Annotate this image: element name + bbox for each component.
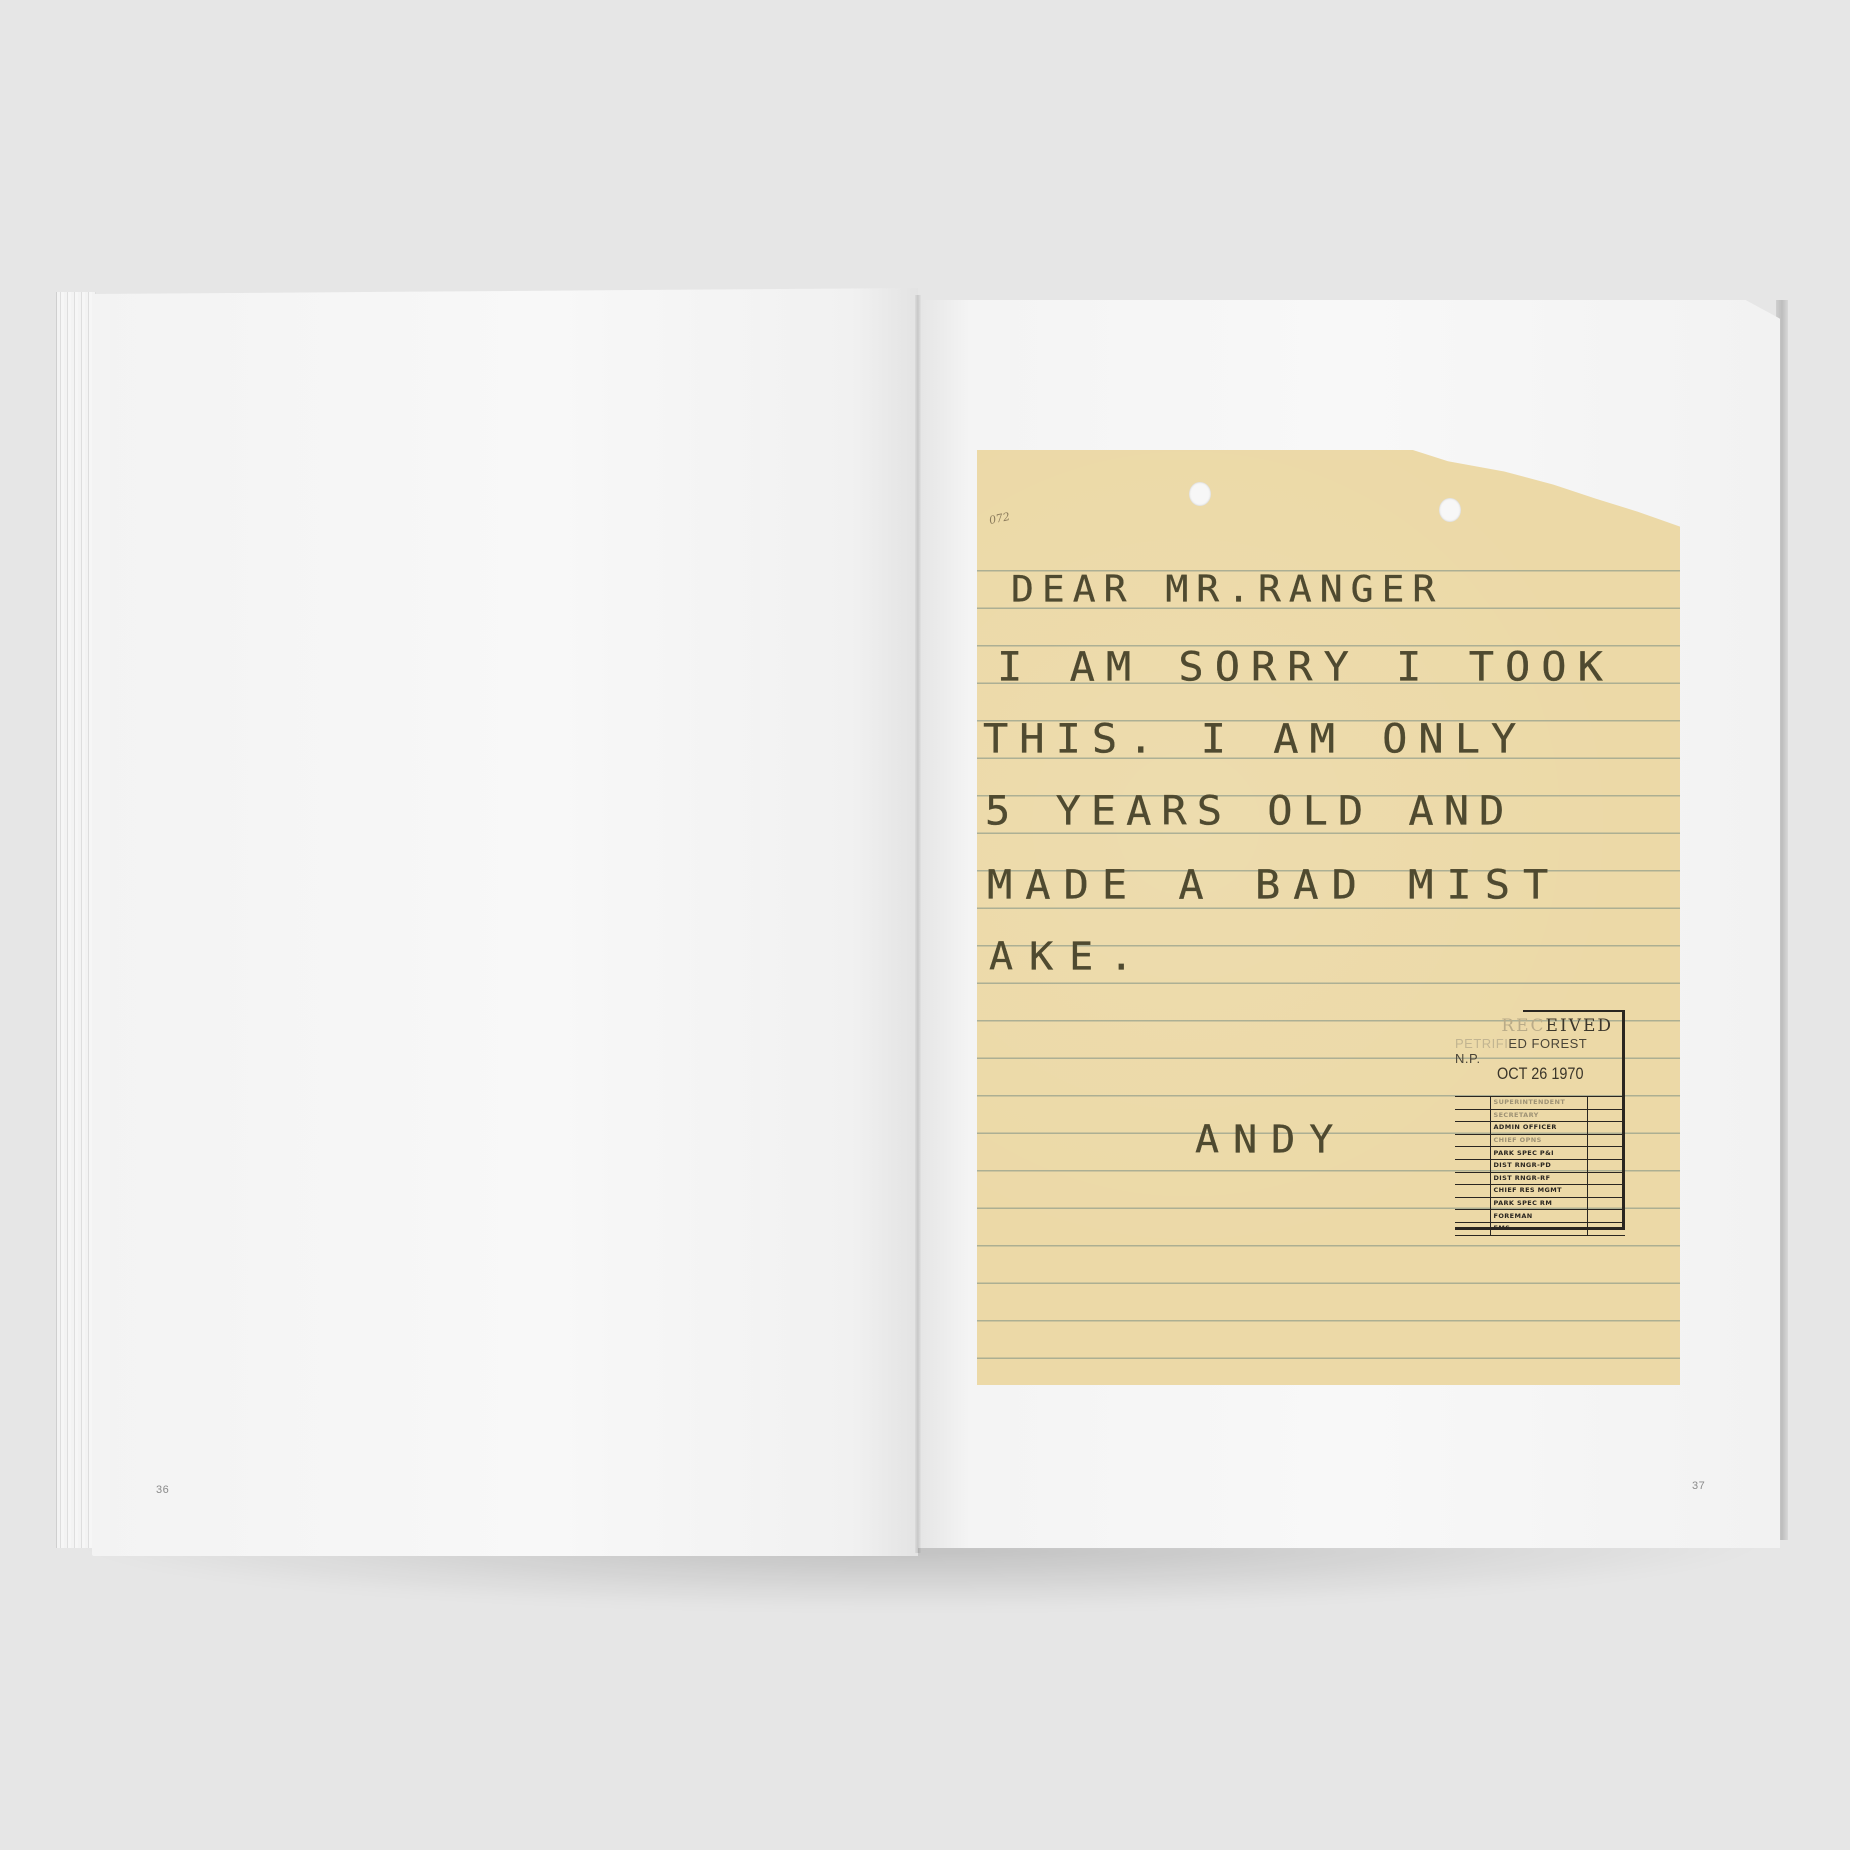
routing-blank-cell (1455, 1122, 1490, 1135)
letter-line: MADE A BAD MIST (987, 865, 1680, 905)
routing-label: ADMIN OFFICER (1490, 1122, 1587, 1135)
routing-blank-cell (1455, 1222, 1490, 1235)
routing-label: PARK SPEC RM (1490, 1197, 1587, 1210)
stamp-routing-row: SUPERINTENDENT (1455, 1097, 1625, 1110)
routing-blank-cell (1455, 1097, 1490, 1110)
letter-line: AKE. (989, 938, 1680, 976)
stamp-routing-row: SECRETARY (1455, 1109, 1625, 1122)
stamp-routing-row: PARK SPEC P&I (1455, 1147, 1625, 1160)
routing-label: CHIEF OPNS (1490, 1134, 1587, 1147)
routing-label: FMS (1490, 1222, 1587, 1235)
stamp-date: OCT 26 1970 (1497, 1064, 1584, 1084)
stamp-routing-row: PARK SPEC RM (1455, 1197, 1625, 1210)
left-page-number: 36 (156, 1484, 169, 1496)
received-stamp: RECEIVED PETRIFIED FOREST N.P. OCT 26 19… (1455, 1010, 1625, 1230)
stamp-park-name: PETRIFIED FOREST N.P. (1455, 1036, 1611, 1066)
stamp-routing-row: ADMIN OFFICER (1455, 1122, 1625, 1135)
routing-blank-cell (1455, 1134, 1490, 1147)
punch-hole (1439, 498, 1461, 522)
stamp-faded-text: PETRIFI (1455, 1036, 1508, 1051)
book-spread-photo: 36 37 072 DEAR MR.RANGER I AM SORRY I TO… (0, 0, 1850, 1850)
stamp-routing-row: CHIEF RES MGMT (1455, 1185, 1625, 1198)
routing-blank-cell (1455, 1197, 1490, 1210)
routing-blank-cell (1455, 1147, 1490, 1160)
left-page (92, 288, 918, 1556)
routing-label: DIST RNGR-PD (1490, 1159, 1587, 1172)
letter-line: 5 YEARS OLD AND (985, 791, 1680, 831)
routing-initial-cell (1587, 1122, 1625, 1135)
left-page-edges (56, 292, 96, 1548)
stamp-routing-row: DIST RNGR-RF (1455, 1172, 1625, 1185)
routing-initial-cell (1587, 1147, 1625, 1160)
right-page-number: 37 (1692, 1480, 1705, 1492)
stamp-routing-table: SUPERINTENDENTSECRETARYADMIN OFFICERCHIE… (1455, 1096, 1625, 1236)
routing-blank-cell (1455, 1210, 1490, 1223)
book-gutter (915, 295, 921, 1553)
routing-initial-cell (1587, 1222, 1625, 1235)
letter-line: I AM SORRY I TOOK (997, 647, 1680, 687)
routing-label: CHIEF RES MGMT (1490, 1185, 1587, 1198)
routing-label: DIST RNGR-RF (1490, 1172, 1587, 1185)
routing-label: PARK SPEC P&I (1490, 1147, 1587, 1160)
routing-initial-cell (1587, 1185, 1625, 1198)
routing-blank-cell (1455, 1109, 1490, 1122)
routing-initial-cell (1587, 1109, 1625, 1122)
routing-label: SUPERINTENDENT (1490, 1097, 1587, 1110)
routing-initial-cell (1587, 1197, 1625, 1210)
routing-label: FOREMAN (1490, 1210, 1587, 1223)
stamp-faded-text: REC (1501, 1016, 1545, 1036)
routing-initial-cell (1587, 1134, 1625, 1147)
routing-initial-cell (1587, 1172, 1625, 1185)
letter-line: DEAR MR.RANGER (1011, 571, 1680, 607)
routing-blank-cell (1455, 1185, 1490, 1198)
stamp-routing-row: DIST RNGR-PD (1455, 1159, 1625, 1172)
routing-initial-cell (1587, 1210, 1625, 1223)
stamp-header: EIVED (1546, 1016, 1613, 1036)
routing-initial-cell (1587, 1097, 1625, 1110)
routing-label: SECRETARY (1490, 1109, 1587, 1122)
letter-line: THIS. I AM ONLY (983, 719, 1680, 759)
stamp-received-text: RECEIVED (1501, 1016, 1613, 1036)
routing-initial-cell (1587, 1159, 1625, 1172)
punch-hole (1189, 482, 1211, 506)
routing-blank-cell (1455, 1172, 1490, 1185)
routing-blank-cell (1455, 1159, 1490, 1172)
stamp-routing-row: FMS (1455, 1222, 1625, 1235)
handwritten-letter-image: 072 DEAR MR.RANGER I AM SORRY I TOOK THI… (977, 450, 1680, 1385)
stamp-routing-row: CHIEF OPNS (1455, 1134, 1625, 1147)
stamp-routing-row: FOREMAN (1455, 1210, 1625, 1223)
